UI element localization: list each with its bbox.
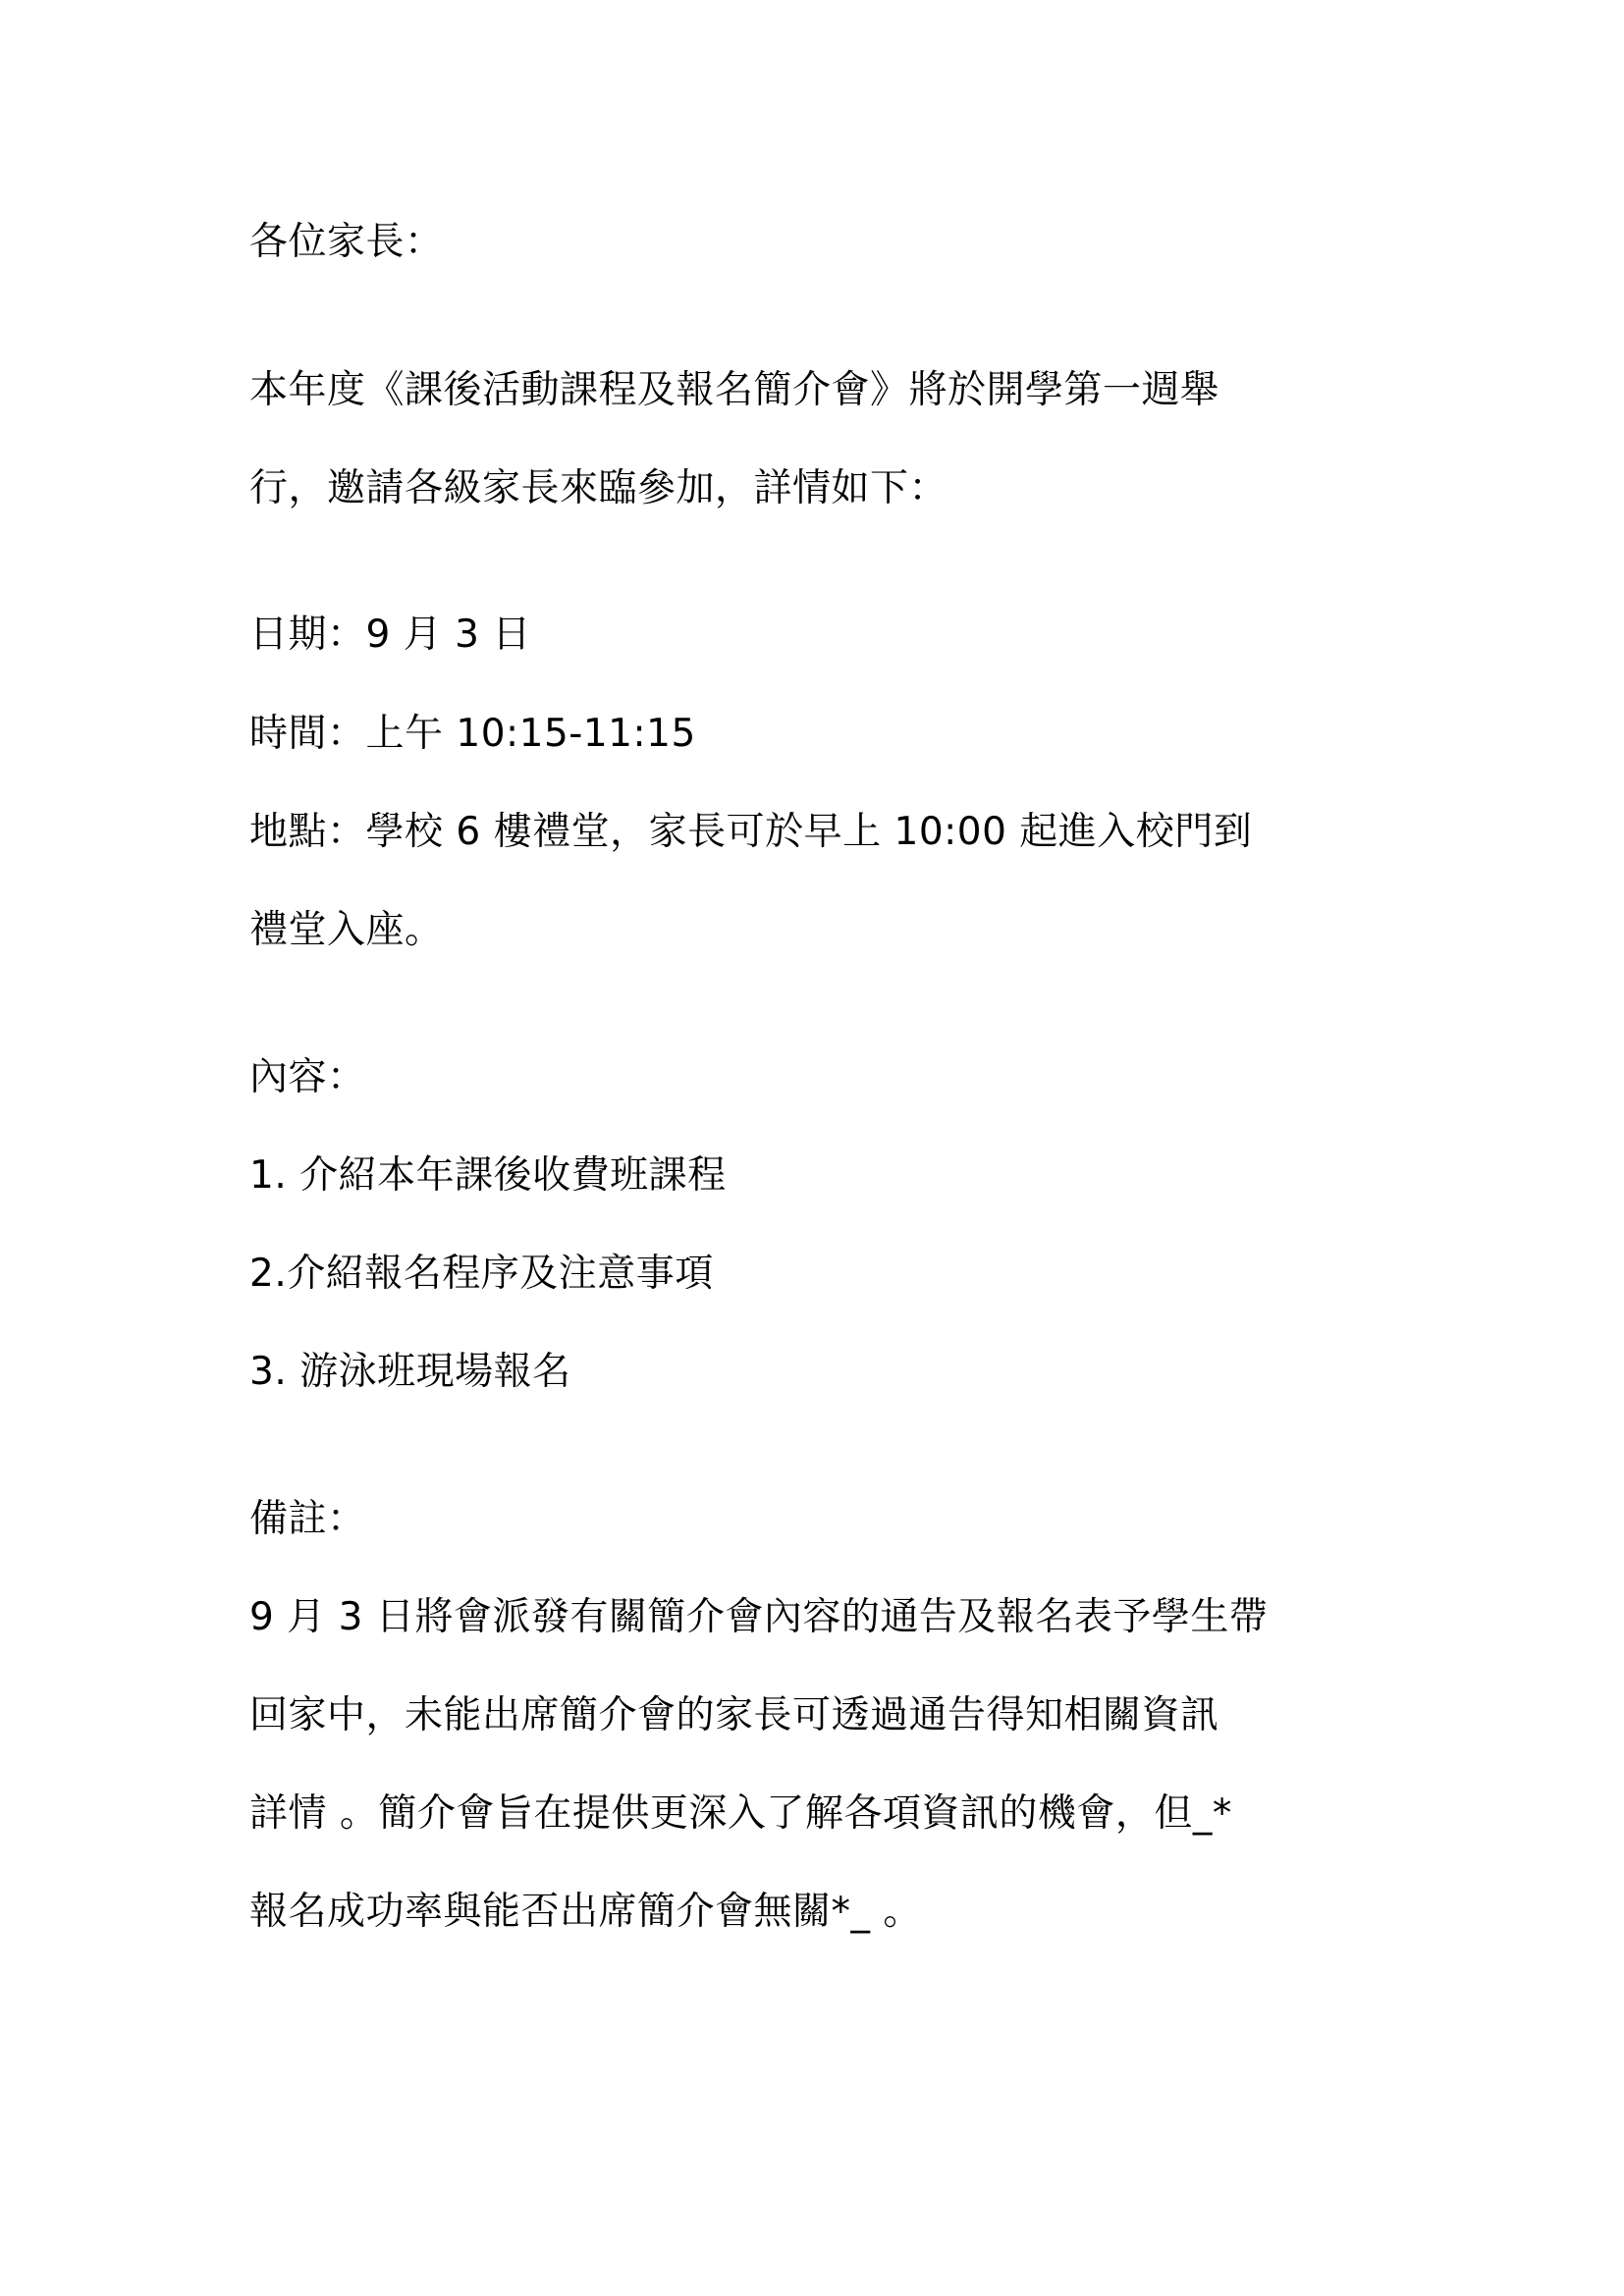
document-page: 各位家長： 本年度《課後活動課程及報名簡介會》將於開學第一週舉 行，邀請各級家長… [0, 0, 1624, 2296]
content-heading: 內容： [249, 1055, 366, 1100]
remarks-heading: 備註： [249, 1497, 366, 1542]
intro-line-2: 行，邀請各級家長來臨參加，詳情如下： [249, 466, 947, 511]
remarks-line-2: 回家中，未能出席簡介會的家長可透過通告得知相關資訊 [249, 1693, 1219, 1738]
remarks-line-3: 詳情 。簡介會旨在提供更深入了解各項資訊的機會，但_* [249, 1791, 1232, 1837]
detail-date: 日期：9 月 3 日 [249, 613, 531, 658]
intro-line-1: 本年度《課後活動課程及報名簡介會》將於開學第一週舉 [249, 368, 1219, 413]
detail-time: 時間：上午 10:15-11:15 [249, 712, 696, 757]
remarks-line-4: 報名成功率與能否出席簡介會無關*_ 。 [249, 1890, 922, 1935]
content-item-3: 3. 游泳班現場報名 [249, 1350, 571, 1395]
detail-venue-line-1: 地點：學校 6 樓禮堂，家長可於早上 10:00 起進入校門到 [249, 810, 1252, 855]
content-item-1: 1. 介紹本年課後收費班課程 [249, 1153, 727, 1199]
detail-venue-line-2: 禮堂入座。 [249, 908, 444, 953]
remarks-line-1: 9 月 3 日將會派發有關簡介會內容的通告及報名表予學生帶 [249, 1595, 1268, 1640]
salutation: 各位家長： [249, 220, 444, 265]
content-item-2: 2.介紹報名程序及注意事項 [249, 1252, 714, 1297]
